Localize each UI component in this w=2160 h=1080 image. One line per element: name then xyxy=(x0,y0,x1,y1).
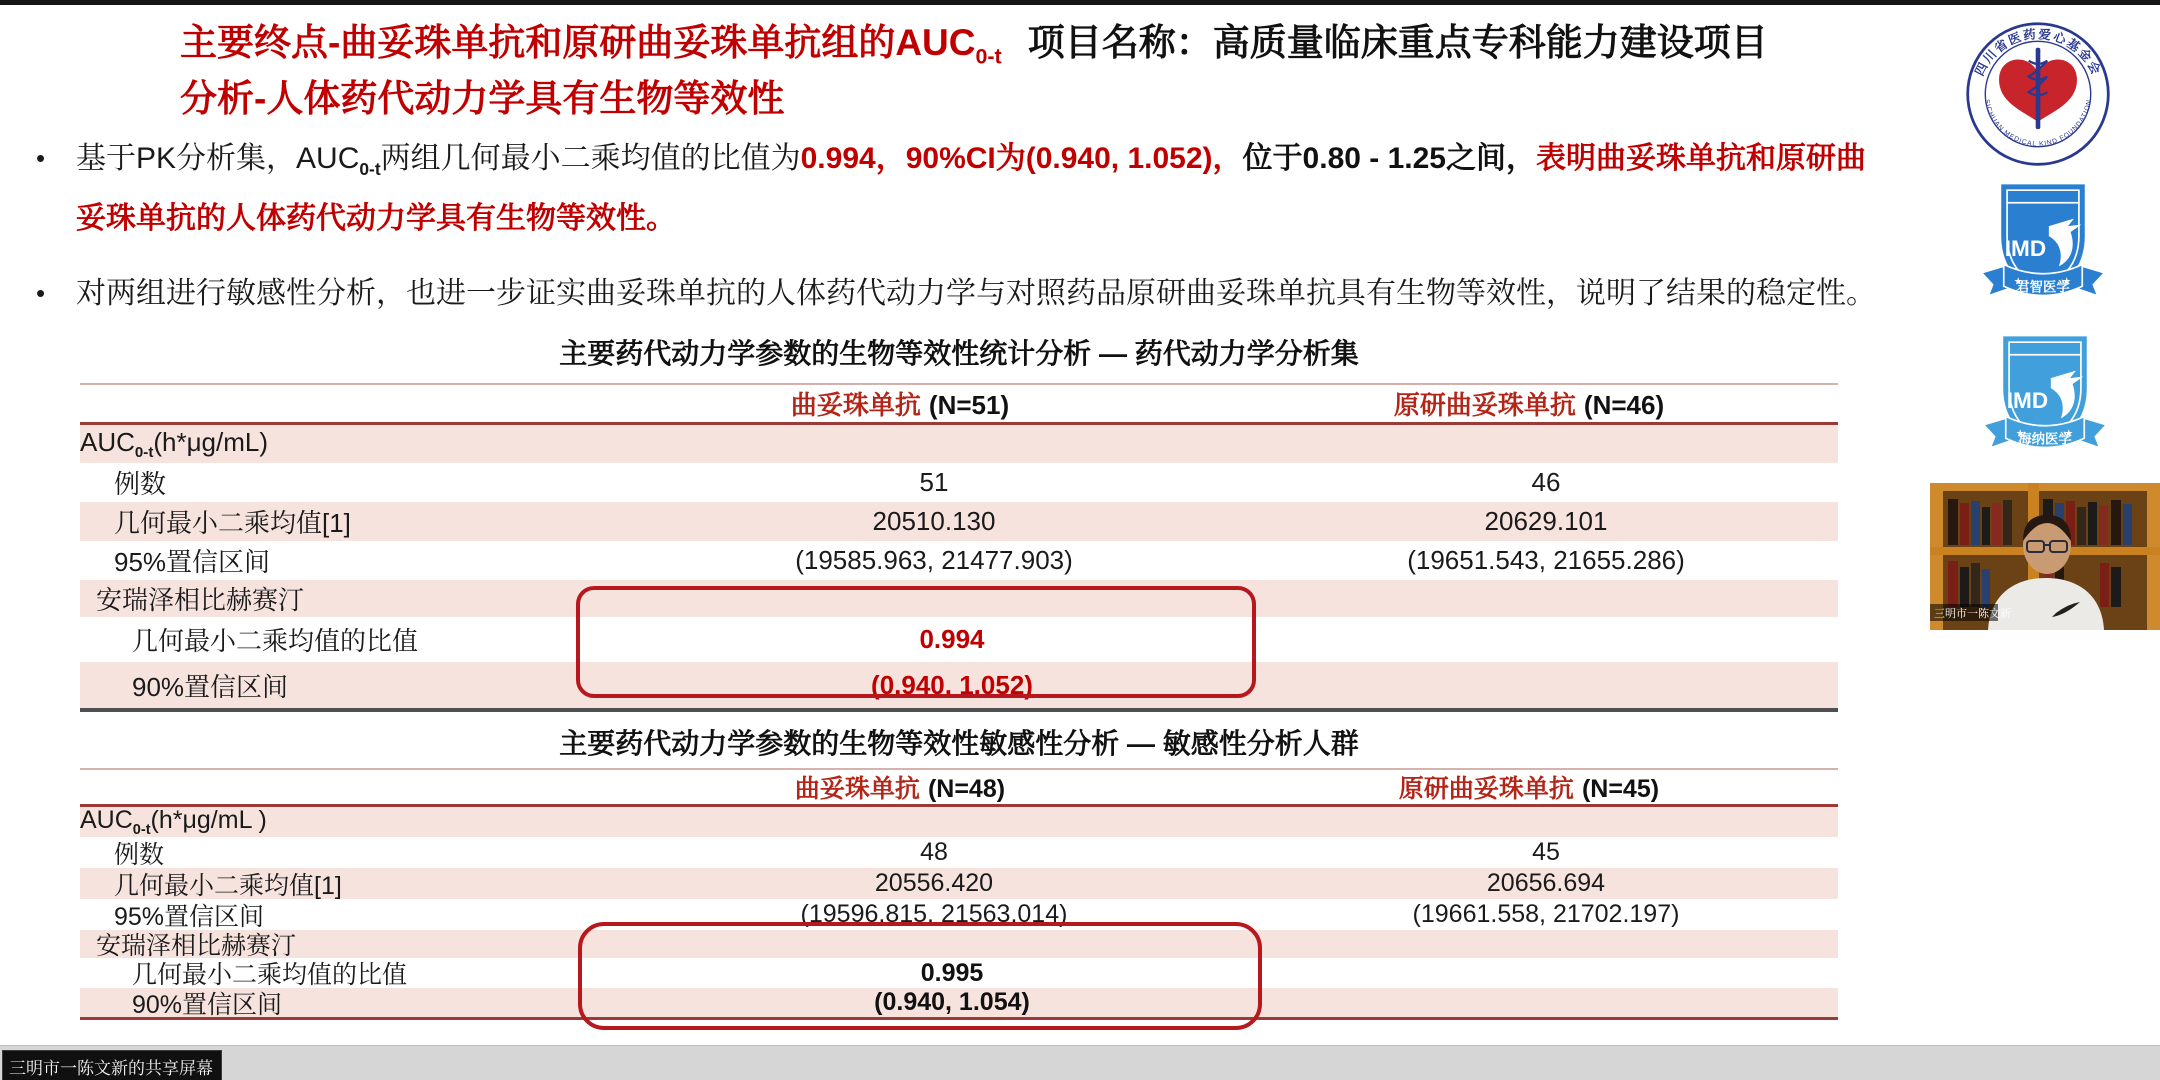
cell-value: 20556.420 xyxy=(614,869,1254,898)
table-row: 95%置信区间 (19585.963, 21477.903) (19651.54… xyxy=(80,541,1838,580)
auc-unit: (h*μg/mL ) xyxy=(151,806,267,834)
bullet-item-1: • 基于PK分析集，AUC0-t两组几何最小二乘均值的比值为0.994，90%C… xyxy=(36,134,1888,243)
b1-red-1: 0.994，90%CI为(0.940, 1.052)， xyxy=(801,142,1243,175)
sichuan-medical-kind-foundation-logo: 四川省医药爱心基金会 SICHUAN MEDICAL KIND FOUNDATI… xyxy=(1964,20,2112,173)
screen-share-view: 主要终点-曲妥珠单抗和原研曲妥珠单抗组的AUC0-t项目名称：高质量临床重点专科… xyxy=(0,0,2160,1080)
b1-black-1: 基于PK分析集，AUC xyxy=(76,142,359,175)
b1-black-bold: 位于0.80 - 1.25之间， xyxy=(1243,142,1536,175)
bullet-item-2: • 对两组进行敏感性分析，也进一步证实曲妥珠单抗的人体药代动力学与对照药品原研曲… xyxy=(36,269,1888,318)
title-line-2: 分析-人体药代动力学具有生物等效性 xyxy=(180,72,1920,126)
row-label-auc: AUC0-t(h*μg/mL ) xyxy=(80,806,580,838)
cell-value: 20510.130 xyxy=(614,506,1254,537)
row-label-auc: AUC0-t(h*μg/mL) xyxy=(80,427,580,461)
col1-arm-name: 曲妥珠单抗 xyxy=(795,775,920,803)
table2-title: 主要药代动力学参数的生物等效性敏感性分析 — 敏感性分析人群 xyxy=(80,722,1838,762)
imd-shield-icon: IMD ★ ★ 海纳医学 xyxy=(1974,328,2116,470)
imd-haina-badge-logo: IMD ★ ★ 海纳医学 xyxy=(1974,328,2116,475)
webcam-scene: 三明市一陈文新 xyxy=(1930,483,2160,630)
slide-title-block: 主要终点-曲妥珠单抗和原研曲妥珠单抗组的AUC0-t项目名称：高质量临床重点专科… xyxy=(180,16,1920,126)
row-label: 例数 xyxy=(80,464,614,501)
imd-shield-icon: IMD ★ ★ 君智医学 xyxy=(1972,176,2114,318)
row-label: 几何最小二乘均值[1] xyxy=(80,503,614,540)
col2-n-count: (N=45) xyxy=(1582,775,1659,803)
highlight-box-table1 xyxy=(576,586,1256,698)
table1-col1-header: 曲妥珠单抗(N=51) xyxy=(580,385,1220,422)
table-row: AUC0-t(h*μg/mL ) xyxy=(80,807,1838,837)
bullet-marker: • xyxy=(36,269,76,318)
table2-col2-header: 原研曲妥珠单抗(N=45) xyxy=(1220,769,1838,805)
auc-pre: AUC xyxy=(80,806,133,834)
imd-abbr: IMD xyxy=(2005,236,2046,261)
cell-value: (19585.963, 21477.903) xyxy=(614,545,1254,576)
auc-unit: (h*μg/mL) xyxy=(153,427,268,457)
window-top-edge xyxy=(0,0,2160,5)
imd-ribbon-text: 海纳医学 xyxy=(2018,430,2072,446)
bullet-2-text: 对两组进行敏感性分析，也进一步证实曲妥珠单抗的人体药代动力学与对照药品原研曲妥珠… xyxy=(76,269,1876,318)
cell-value: 45 xyxy=(1254,838,1838,867)
bullet-list: • 基于PK分析集，AUC0-t两组几何最小二乘均值的比值为0.994，90%C… xyxy=(36,134,1888,344)
col2-n-count: (N=46) xyxy=(1584,390,1664,420)
auc-pre: AUC xyxy=(80,427,135,457)
staff-shape xyxy=(2036,48,2041,129)
row-label: 安瑞泽相比赫赛汀 xyxy=(80,580,596,617)
table-row: 例数 51 46 xyxy=(80,463,1838,502)
row-label: 90%置信区间 xyxy=(80,667,632,704)
col1-n-count: (N=51) xyxy=(929,390,1009,420)
imd-ribbon-text: 君智医学 xyxy=(2016,278,2070,294)
screen-share-label: 三明市一陈文新的共享屏幕 xyxy=(2,1050,222,1080)
table1-header-row: 曲妥珠单抗(N=51) 原研曲妥珠单抗(N=46) xyxy=(80,383,1838,425)
table1-title: 主要药代动力学参数的生物等效性统计分析 — 药代动力学分析集 xyxy=(80,332,1838,372)
title-red-text: 主要终点-曲妥珠单抗和原研曲妥珠单抗组的AUC xyxy=(180,22,975,63)
title-line-1: 主要终点-曲妥珠单抗和原研曲妥珠单抗组的AUC0-t项目名称：高质量临床重点专科… xyxy=(180,16,1920,72)
col2-arm-name: 原研曲妥珠单抗 xyxy=(1394,390,1576,420)
table-row: 几何最小二乘均值[1] 20510.130 20629.101 xyxy=(80,502,1838,541)
table-row: 几何最小二乘均值[1] 20556.420 20656.694 xyxy=(80,868,1838,899)
cell-value: 51 xyxy=(614,467,1254,498)
highlight-box-table2 xyxy=(578,922,1262,1030)
cell-value: 46 xyxy=(1254,467,1838,498)
auc-subscript: 0-t xyxy=(135,444,153,461)
imd-junzhi-badge-logo: IMD ★ ★ 君智医学 xyxy=(1972,176,2114,323)
table-row: AUC0-t(h*μg/mL) xyxy=(80,425,1838,463)
row-label: 95%置信区间 xyxy=(80,542,614,579)
row-label: 几何最小二乘均值的比值 xyxy=(80,621,632,658)
b1-auc-subscript: 0-t xyxy=(359,159,380,179)
bullet-marker: • xyxy=(36,134,76,243)
webcam-name-label: 三明市一陈文新 xyxy=(1934,606,2011,620)
bullet-1-text: 基于PK分析集，AUC0-t两组几何最小二乘均值的比值为0.994，90%CI为… xyxy=(76,134,1888,243)
bottom-bar xyxy=(0,1045,2160,1080)
cell-value: 48 xyxy=(614,838,1254,867)
b1-black-2: 两组几何最小二乘均值的比值为 xyxy=(381,142,801,175)
col2-arm-name: 原研曲妥珠单抗 xyxy=(1399,775,1574,803)
cell-value: 20656.694 xyxy=(1254,869,1838,898)
imd-abbr: IMD xyxy=(2007,388,2048,413)
table2-col1-header: 曲妥珠单抗(N=48) xyxy=(580,769,1220,805)
row-label: 90%置信区间 xyxy=(80,985,632,1021)
table1-col2-header: 原研曲妥珠单抗(N=46) xyxy=(1220,385,1838,422)
table-row: 例数 48 45 xyxy=(80,837,1838,868)
foundation-seal-icon: 四川省医药爱心基金会 SICHUAN MEDICAL KIND FOUNDATI… xyxy=(1964,20,2112,168)
col1-arm-name: 曲妥珠单抗 xyxy=(791,390,921,420)
cell-value: (19651.543, 21655.286) xyxy=(1254,545,1838,576)
cell-value: 20629.101 xyxy=(1254,506,1838,537)
title-auc-subscript: 0-t xyxy=(975,44,1001,68)
col1-n-count: (N=48) xyxy=(928,775,1005,803)
cell-value: (19661.558, 21702.197) xyxy=(1254,900,1838,929)
webcam-video-thumbnail[interactable]: 三明市一陈文新 xyxy=(1930,483,2160,630)
table2-header-row: 曲妥珠单抗(N=48) 原研曲妥珠单抗(N=45) xyxy=(80,768,1838,807)
project-name-text: 项目名称：高质量临床重点专科能力建设项目 xyxy=(1028,22,1768,63)
